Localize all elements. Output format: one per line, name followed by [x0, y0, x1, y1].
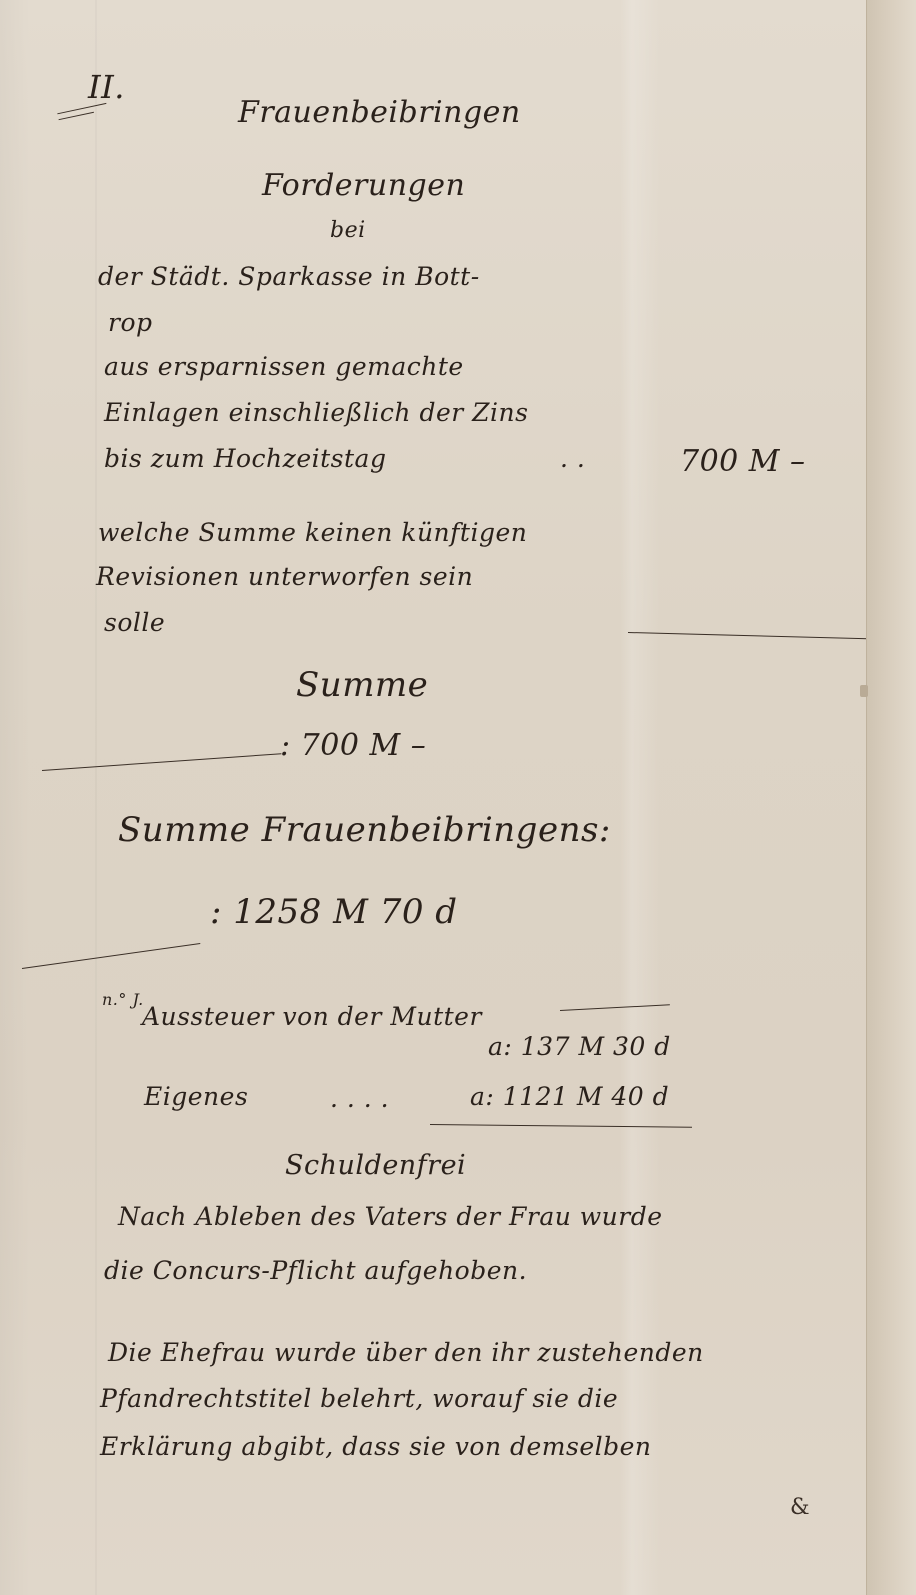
subtotal-leader-line	[42, 753, 281, 771]
subtotal-amount: : 700 M –	[280, 728, 426, 763]
page-end-flourish-icon: &	[790, 1495, 810, 1520]
debt-status-line-2: die Concurs-Pflicht aufgehoben.	[104, 1256, 527, 1285]
debt-status-heading: Schuldenfrei	[285, 1150, 466, 1181]
breakdown-prefix: n.° J.	[102, 990, 144, 1009]
claim-line-5: bis zum Hochzeitstag	[104, 444, 386, 473]
claim-dots: . .	[560, 444, 585, 473]
total-label: Summe Frauenbeibringens:	[118, 810, 611, 850]
claim-line-1: der Städt. Sparkasse in Bott-	[98, 262, 480, 291]
section-number-underline	[57, 103, 108, 125]
breakdown-item-1-amount: a: 137 M 30 d	[488, 1032, 671, 1061]
breakdown-item-2-dots: . . . .	[330, 1084, 389, 1113]
note-line-3: solle	[104, 608, 165, 637]
closing-line-3: Erklärung abgibt, dass sie von demselben	[100, 1432, 652, 1461]
total-amount: : 1258 M 70 d	[210, 892, 458, 932]
claim-amount: 700 M –	[680, 444, 806, 479]
debt-status-line-1: Nach Ableben des Vaters der Frau wurde	[118, 1202, 663, 1231]
heading-bei: bei	[330, 218, 366, 243]
claim-line-4: Einlagen einschließlich der Zins	[104, 398, 528, 427]
closing-line-1: Die Ehefrau wurde über den ihr zustehend…	[108, 1338, 704, 1367]
underlying-page-edge	[866, 0, 916, 1595]
amount-column-rule	[628, 632, 868, 639]
subtotal-label: Summe	[296, 665, 428, 705]
heading-frauenbeibringen: Frauenbeibringen	[238, 95, 521, 130]
total-leader-line	[22, 943, 200, 969]
breakdown-item-2-label: Eigenes	[144, 1082, 248, 1111]
paper-crease	[95, 0, 97, 1595]
manuscript-page: II. Frauenbeibringen Forderungen bei der…	[0, 0, 866, 1595]
note-line-2: Revisionen unterworfen sein	[96, 562, 473, 591]
breakdown-item-1-label: Aussteuer von der Mutter	[142, 1002, 482, 1031]
breakdown-underline	[430, 1124, 692, 1128]
claim-line-3: aus ersparnissen gemachte	[104, 352, 464, 381]
breakdown-item-2-amount: a: 1121 M 40 d	[470, 1082, 669, 1111]
section-number: II.	[88, 68, 125, 106]
note-line-1: welche Summe keinen künftigen	[98, 518, 527, 547]
page-fold-notch	[860, 685, 868, 697]
claim-line-2: rop	[108, 308, 153, 337]
closing-line-2: Pfandrechtstitel belehrt, worauf sie die	[100, 1384, 618, 1413]
heading-forderungen: Forderungen	[262, 168, 465, 203]
breakdown-overline	[560, 1004, 670, 1011]
